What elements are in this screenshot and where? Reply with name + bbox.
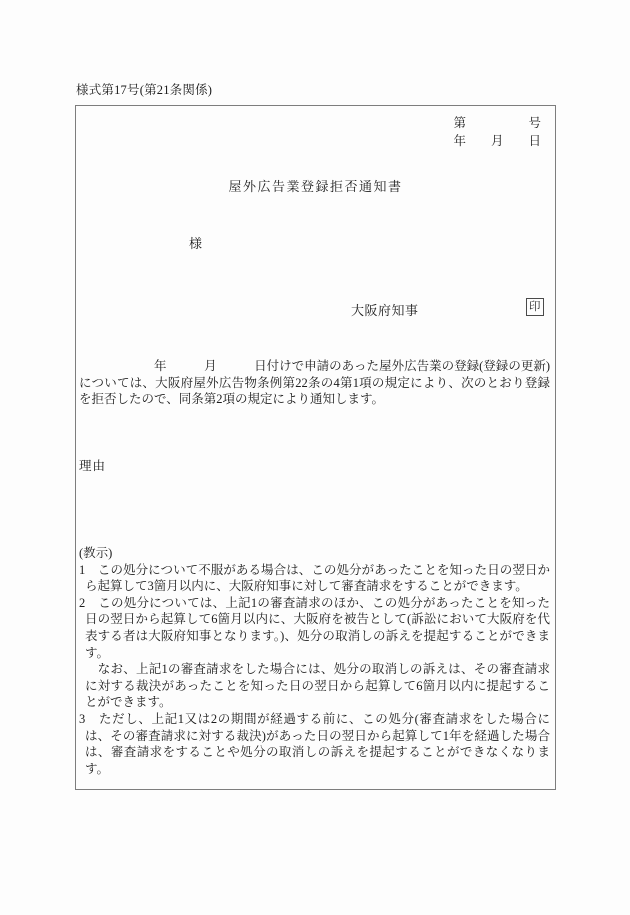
note-item-3: 3 ただし、上記1又は2の期間が経過する前に、この処分(審査請求をした場合には、… bbox=[79, 711, 550, 777]
document-date-line: 年 月 日 bbox=[453, 133, 541, 150]
note-item-1: 1 この処分について不服がある場合は、この処分があったことを知った日の翌日から起… bbox=[79, 562, 550, 595]
reason-label: 理由 bbox=[79, 456, 106, 474]
document-title: 屋外広告業登録拒否通知書 bbox=[76, 176, 555, 195]
note-item-2-main: 2 この処分については、上記1の審査請求のほか、この処分があったことを知った日の… bbox=[79, 595, 550, 661]
addressee-honorific: 様 bbox=[189, 233, 202, 252]
note-item-2: 2 この処分については、上記1の審査請求のほか、この処分があったことを知った日の… bbox=[79, 595, 550, 711]
document-number-line: 第 号 bbox=[453, 115, 541, 132]
form-number-label: 様式第17号(第21条関係) bbox=[76, 80, 212, 98]
document-border-box: 第 号 年 月 日 屋外広告業登録拒否通知書 様 大阪府知事 印 年 月 日付け… bbox=[75, 105, 556, 790]
seal-mark: 印 bbox=[526, 298, 544, 316]
body-paragraph: 年 月 日付けで申請のあった屋外広告業の登録(登録の更新)については、大阪府屋外… bbox=[79, 358, 550, 408]
note-item-2-supplement: なお、上記1の審査請求をした場合には、処分の取消しの訴えは、その審査請求に対する… bbox=[79, 661, 550, 711]
notes-section: (教示) 1 この処分について不服がある場合は、この処分があったことを知った日の… bbox=[79, 545, 550, 777]
issuer-name: 大阪府知事 bbox=[351, 300, 419, 319]
document-page: 様式第17号(第21条関係) 第 号 年 月 日 屋外広告業登録拒否通知書 様 … bbox=[0, 0, 630, 915]
notes-heading: (教示) bbox=[79, 545, 550, 562]
